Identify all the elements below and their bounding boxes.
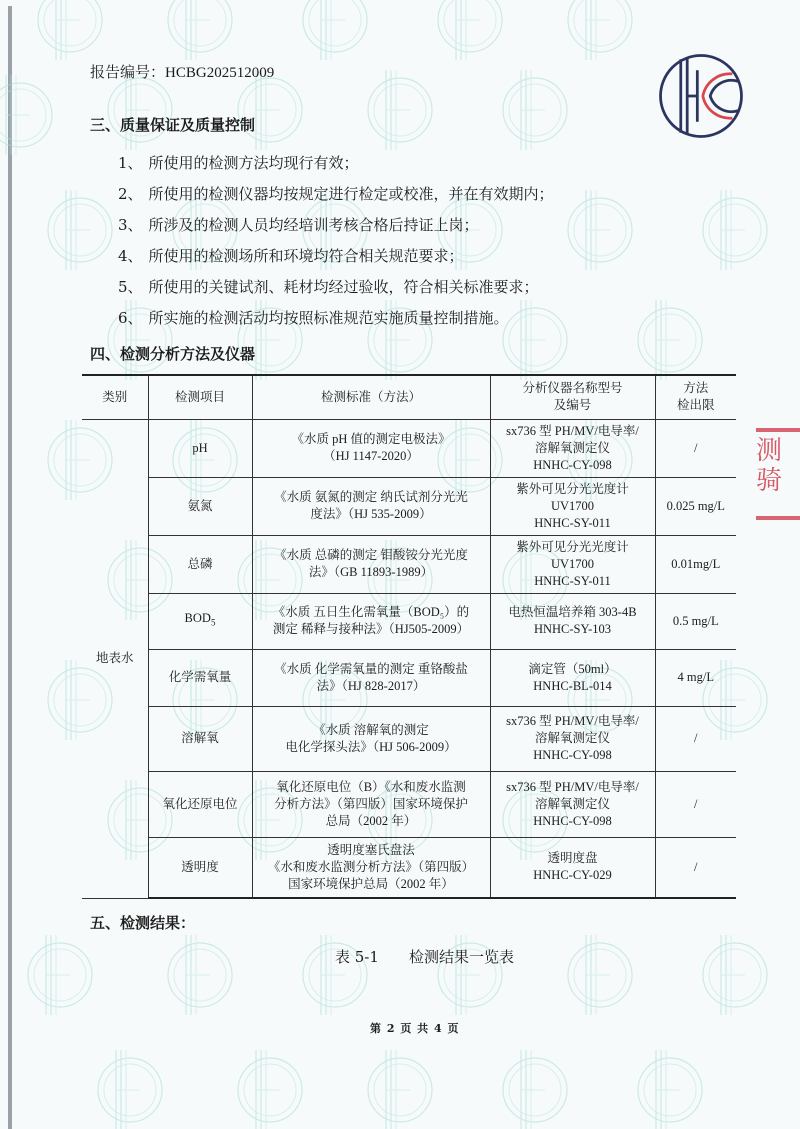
standard-cell: 《水质 溶解氧的测定电化学探头法》（HJ 506-2009） <box>252 706 490 771</box>
item-cell: 总磷 <box>148 535 252 593</box>
instrument-cell: 滴定管（50ml）HNHC-BL-014 <box>490 649 655 706</box>
limit-cell: / <box>655 771 736 837</box>
header-standard: 检测标准（方法） <box>252 375 490 419</box>
report-number-value: HCBG202512009 <box>165 65 274 81</box>
item-number: 3、 <box>118 216 143 234</box>
limit-cell: 0.025 mg/L <box>655 477 736 535</box>
red-seal-stamp: 测 骑 <box>756 428 800 520</box>
item-cell: 氧化还原电位 <box>148 771 252 837</box>
item-text: 所使用的检测场所和环境均符合相关规范要求； <box>149 247 464 265</box>
table-row: 总磷 《水质 总磷的测定 钼酸铵分光光度法》（GB 11893-1989） 紫外… <box>82 535 736 593</box>
page-number: 第 2 页 共 4 页 <box>370 1020 459 1036</box>
limit-cell: / <box>655 706 736 771</box>
table-row: 溶解氧 《水质 溶解氧的测定电化学探头法》（HJ 506-2009） sx736… <box>82 706 736 771</box>
instrument-cell: 紫外可见分光光度计UV1700HNHC-SY-011 <box>490 477 655 535</box>
table-row: 透明度 透明度塞氏盘法《水和废水监测分析方法》（第四版）国家环境保护总局（200… <box>82 837 736 898</box>
item-text: 所涉及的检测人员均经培训考核合格后持证上岗； <box>149 216 479 234</box>
section-3-title: 三、质量保证及质量控制 <box>90 114 255 135</box>
item-cell: 氨氮 <box>148 477 252 535</box>
item-text: 所使用的关键试剂、耗材均经过验收，符合相关标准要求； <box>149 278 539 296</box>
header-category: 类别 <box>82 375 148 419</box>
instrument-cell: 紫外可见分光光度计UV1700HNHC-SY-011 <box>490 535 655 593</box>
report-number: 报告编号：HCBG202512009 <box>90 61 274 82</box>
item-text: 所实施的检测活动均按照标准规范实施质量控制措施。 <box>149 309 509 327</box>
table-caption-number: 表 5-1 <box>335 948 379 966</box>
seal-char: 骑 <box>756 466 800 496</box>
item-cell: pH <box>148 419 252 477</box>
standard-cell: 《水质 五日生化需氧量（BOD₅）的测定 稀释与接种法》（HJ505-2009） <box>252 593 490 649</box>
table-row: 地表水 pH 《水质 pH 值的测定电极法》（HJ 1147-2020） sx7… <box>82 419 736 477</box>
item-cell: 化学需氧量 <box>148 649 252 706</box>
scan-edge <box>8 6 12 1129</box>
limit-cell: 0.01mg/L <box>655 535 736 593</box>
item-cell: BOD5 <box>148 593 252 649</box>
instrument-cell: sx736 型 PH/MV/电导率/溶解氧测定仪HNHC-CY-098 <box>490 771 655 837</box>
item-cell: 溶解氧 <box>148 706 252 771</box>
standard-cell: 《水质 氨氮的测定 纳氏试剂分光光度法》（HJ 535-2009） <box>252 477 490 535</box>
limit-cell: 4 mg/L <box>655 649 736 706</box>
header-limit: 方法检出限 <box>655 375 736 419</box>
instrument-cell: 电热恒温培养箱 303-4BHNHC-SY-103 <box>490 593 655 649</box>
table-row: 氧化还原电位 氧化还原电位（B）《水和废水监测分析方法》（第四版）国家环境保护总… <box>82 771 736 837</box>
item-number: 4、 <box>118 247 143 265</box>
category-cell: 地表水 <box>82 419 148 898</box>
item-number: 6、 <box>118 309 143 327</box>
standard-cell: 透明度塞氏盘法《水和废水监测分析方法》（第四版）国家环境保护总局（2002 年） <box>252 837 490 898</box>
limit-cell: / <box>655 837 736 898</box>
header-item: 检测项目 <box>148 375 252 419</box>
report-number-label: 报告编号： <box>90 65 165 81</box>
methods-table: 类别 检测项目 检测标准（方法） 分析仪器名称型号及编号 方法检出限 地表水 p… <box>82 374 736 899</box>
qa-item-1: 1、所使用的检测方法均现行有效； <box>118 152 359 173</box>
item-number: 5、 <box>118 278 143 296</box>
table-caption: 表 5-1检测结果一览表 <box>335 946 514 967</box>
limit-cell: 0.5 mg/L <box>655 593 736 649</box>
instrument-cell: sx736 型 PH/MV/电导率/溶解氧测定仪HNHC-CY-098 <box>490 706 655 771</box>
table-caption-title: 检测结果一览表 <box>409 948 514 966</box>
standard-cell: 《水质 总磷的测定 钼酸铵分光光度法》（GB 11893-1989） <box>252 535 490 593</box>
section-5-title: 五、检测结果： <box>90 912 195 933</box>
standard-cell: 《水质 化学需氧量的测定 重铬酸盐法》（HJ 828-2017） <box>252 649 490 706</box>
qa-item-5: 5、所使用的关键试剂、耗材均经过验收，符合相关标准要求； <box>118 276 539 297</box>
item-text: 所使用的检测仪器均按规定进行检定或校准，并在有效期内； <box>149 185 554 203</box>
qa-item-4: 4、所使用的检测场所和环境均符合相关规范要求； <box>118 245 464 266</box>
table-row: 化学需氧量 《水质 化学需氧量的测定 重铬酸盐法》（HJ 828-2017） 滴… <box>82 649 736 706</box>
item-number: 1、 <box>118 154 143 172</box>
table-header-row: 类别 检测项目 检测标准（方法） 分析仪器名称型号及编号 方法检出限 <box>82 375 736 419</box>
item-number: 2、 <box>118 185 143 203</box>
qa-item-6: 6、所实施的检测活动均按照标准规范实施质量控制措施。 <box>118 307 509 328</box>
seal-char: 测 <box>756 436 800 466</box>
item-cell: 透明度 <box>148 837 252 898</box>
standard-cell: 《水质 pH 值的测定电极法》（HJ 1147-2020） <box>252 419 490 477</box>
table-row: BOD5 《水质 五日生化需氧量（BOD₅）的测定 稀释与接种法》（HJ505-… <box>82 593 736 649</box>
limit-cell: / <box>655 419 736 477</box>
table-row: 氨氮 《水质 氨氮的测定 纳氏试剂分光光度法》（HJ 535-2009） 紫外可… <box>82 477 736 535</box>
section-4-title: 四、检测分析方法及仪器 <box>90 343 255 364</box>
instrument-cell: 透明度盘HNHC-CY-029 <box>490 837 655 898</box>
header-instrument: 分析仪器名称型号及编号 <box>490 375 655 419</box>
qa-item-2: 2、所使用的检测仪器均按规定进行检定或校准，并在有效期内； <box>118 183 554 204</box>
standard-cell: 氧化还原电位（B）《水和废水监测分析方法》（第四版）国家环境保护总局（2002 … <box>252 771 490 837</box>
instrument-cell: sx736 型 PH/MV/电导率/溶解氧测定仪HNHC-CY-098 <box>490 419 655 477</box>
company-logo-icon <box>655 50 747 142</box>
item-text: 所使用的检测方法均现行有效； <box>149 154 359 172</box>
qa-item-3: 3、所涉及的检测人员均经培训考核合格后持证上岗； <box>118 214 479 235</box>
